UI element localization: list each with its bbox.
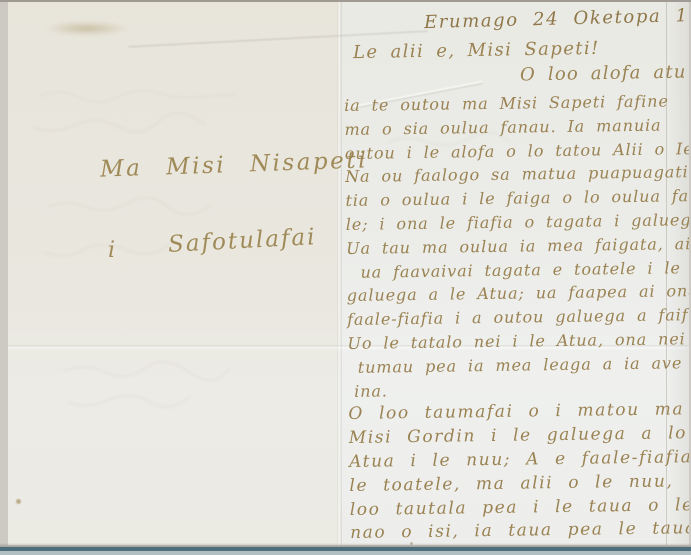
scan-bottom-margin (0, 551, 691, 555)
scan-top-edge (0, 0, 691, 2)
vertical-fold-crease (337, 2, 342, 545)
letter-scan: Ma Misi Nisapeti i Safotulafai Erumago 2… (0, 0, 691, 555)
address-place-prefix: i (108, 238, 115, 263)
letter-body: ia te outou ma Misi Sapeti fafine ma o s… (344, 89, 689, 545)
letter-line: nao o isi, ia taua pea le taua (350, 517, 689, 545)
paper-speck (16, 499, 21, 504)
ink-stain (46, 21, 128, 36)
letter-line: tumau pea ia mea leaga a ia ave ese (348, 351, 689, 380)
letter-paper: Ma Misi Nisapeti i Safotulafai Erumago 2… (8, 2, 689, 545)
letter-salutation: Le alii e, Misi Sapeti! (353, 38, 600, 63)
letter-opening-phrase: O loo alofa atu (520, 62, 687, 86)
